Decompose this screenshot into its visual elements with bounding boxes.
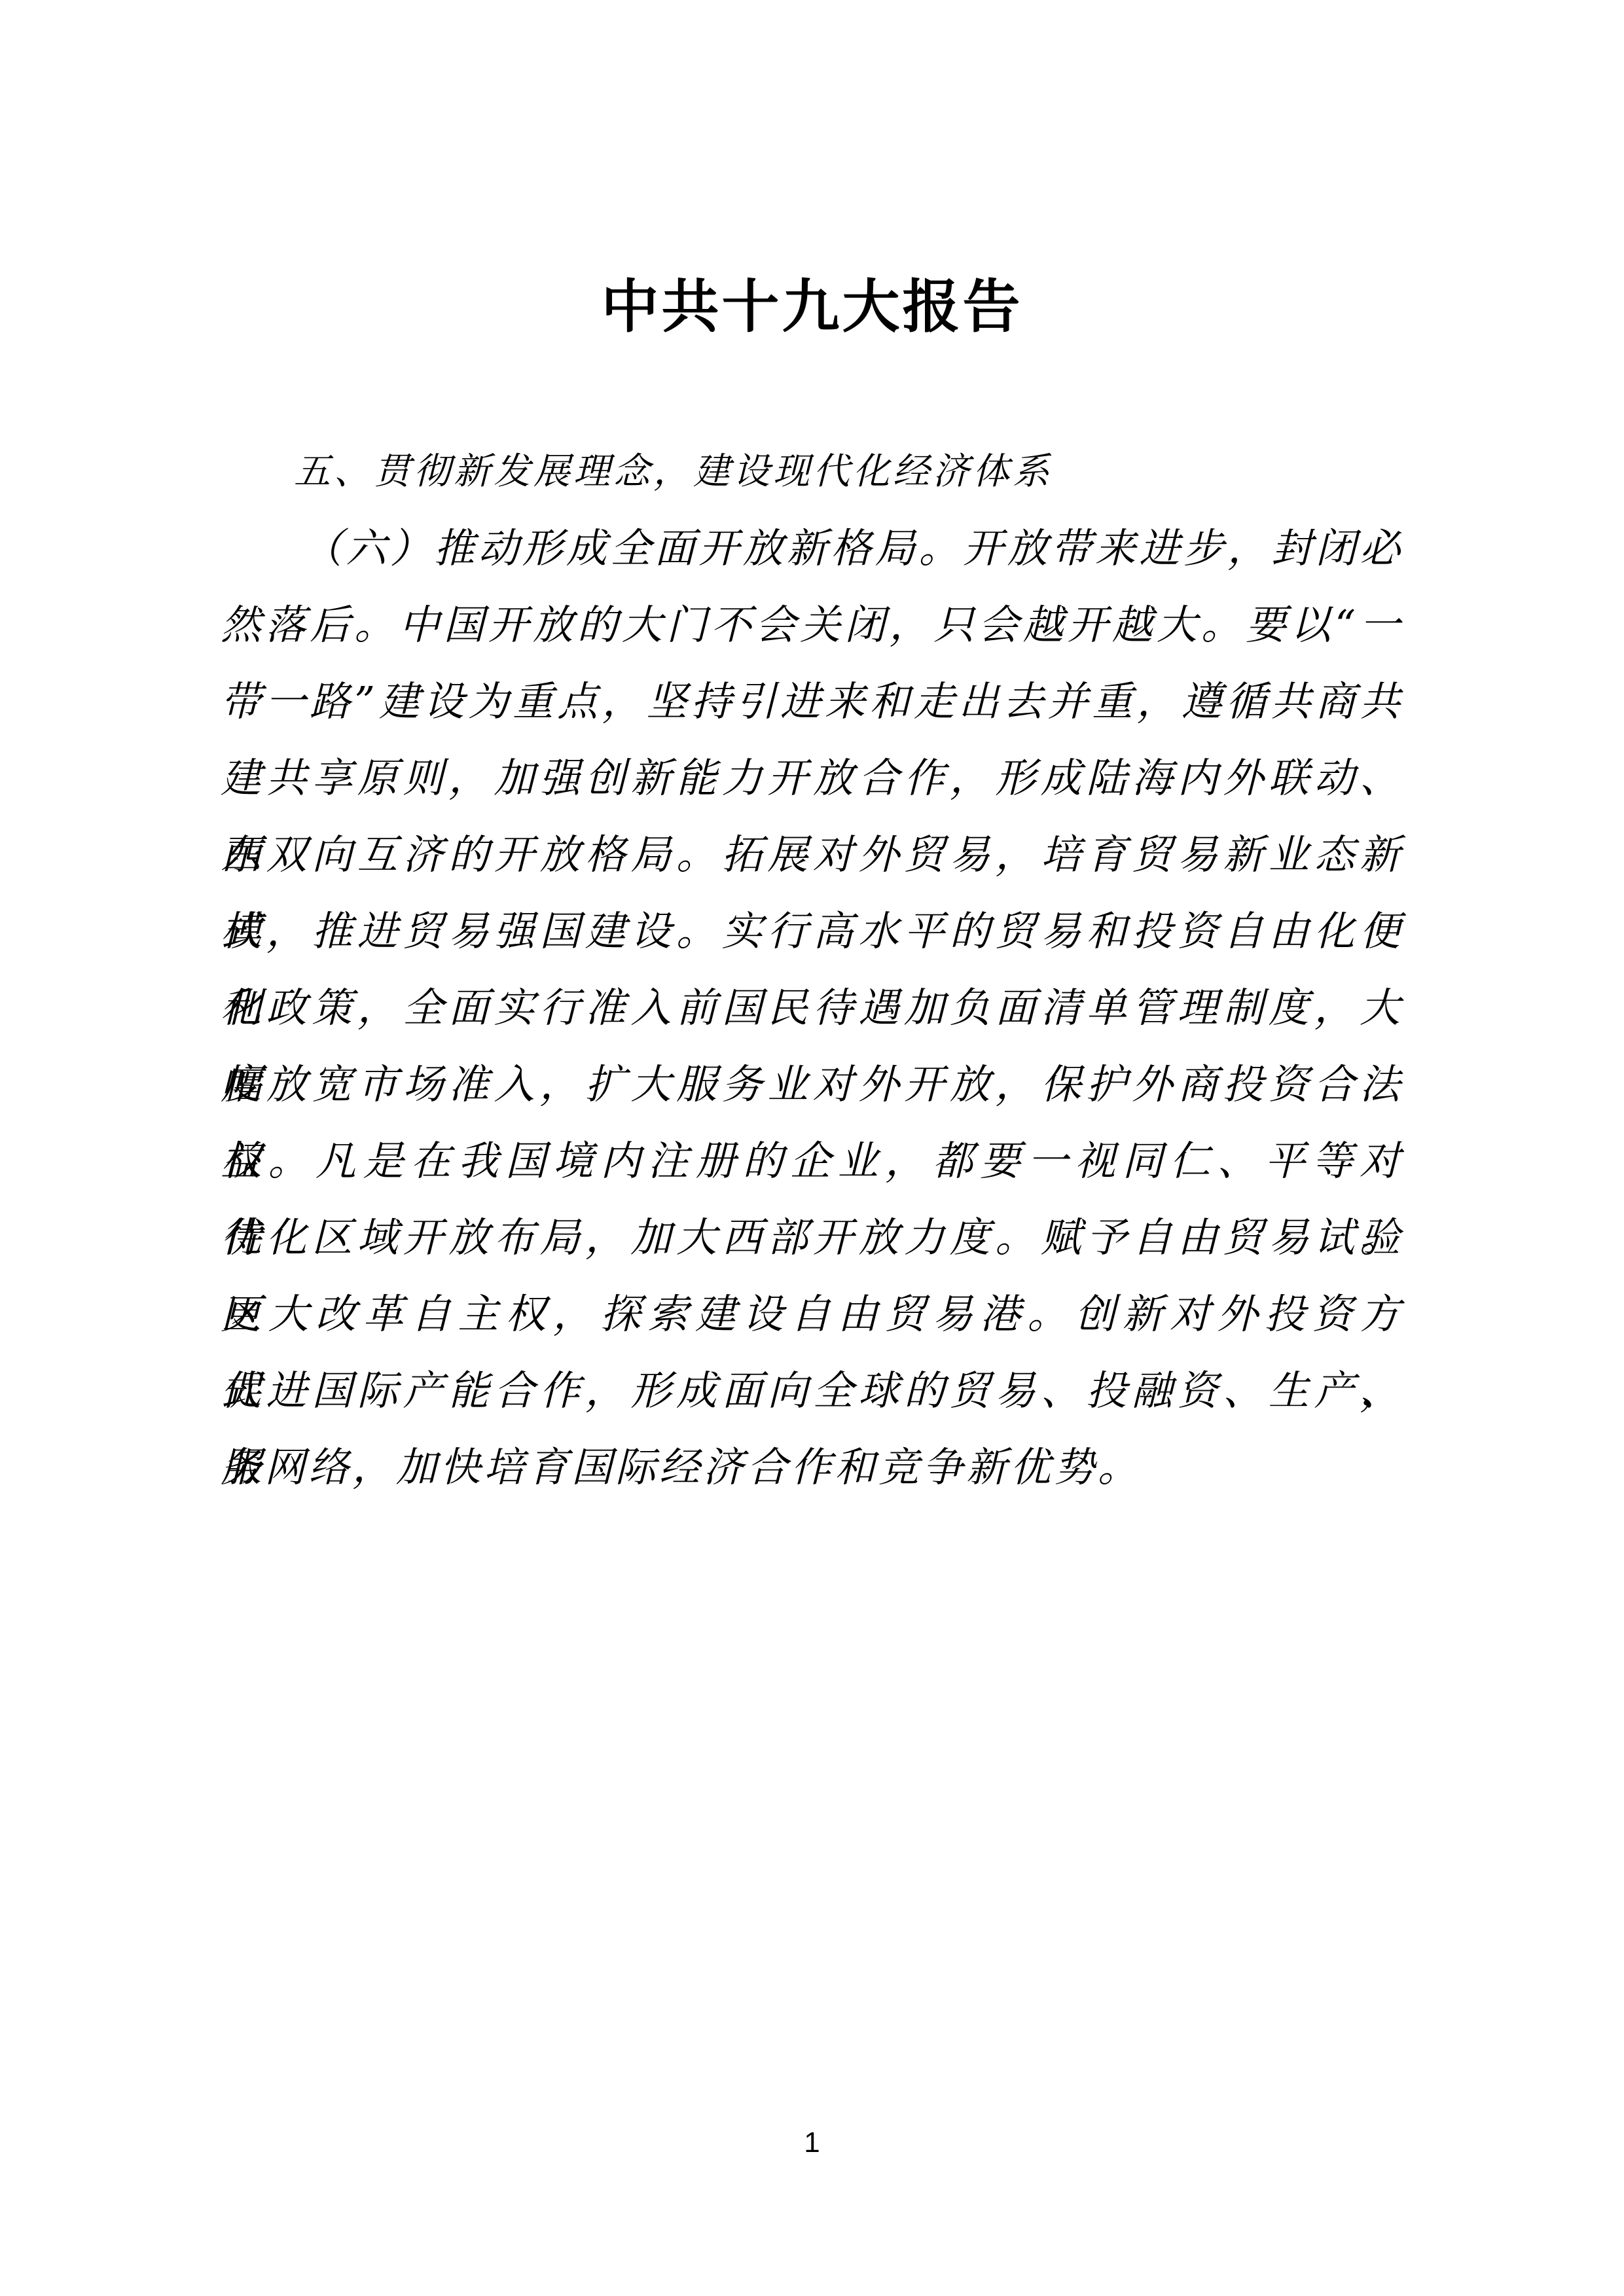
paragraph-line: 优化区域开放布局，加大西部开放力度。赋予自由贸易试验区	[221, 1199, 1403, 1276]
paragraph-line: （六）推动形成全面开放新格局。开放带来进步，封闭必	[221, 510, 1403, 586]
document-body: 五、贯彻新发展理念，建设现代化经济体系 （六）推动形成全面开放新格局。开放带来进…	[221, 433, 1403, 1505]
document-title: 中共十九大报告	[0, 274, 1624, 343]
paragraph-line: 带一路”建设为重点，坚持引进来和走出去并重，遵循共商共	[221, 663, 1403, 740]
page-number: 1	[0, 2126, 1624, 2161]
paragraph-line: 度放宽市场准入，扩大服务业对外开放，保护外商投资合法权	[221, 1046, 1403, 1122]
paragraph-line: 益。凡是在我国境内注册的企业，都要一视同仁、平等对待。	[221, 1122, 1403, 1199]
paragraph-line: 建共享原则，加强创新能力开放合作，形成陆海内外联动、东	[221, 740, 1403, 816]
paragraph-line: 务网络，加快培育国际经济合作和竞争新优势。	[221, 1429, 1403, 1505]
paragraph-line: 式，推进贸易强国建设。实行高水平的贸易和投资自由化便利	[221, 893, 1403, 969]
document-page: 中共十九大报告 五、贯彻新发展理念，建设现代化经济体系 （六）推动形成全面开放新…	[0, 0, 1624, 2296]
paragraph-line: 更大改革自主权，探索建设自由贸易港。创新对外投资方式，	[221, 1276, 1403, 1352]
paragraph-line: 西双向互济的开放格局。拓展对外贸易，培育贸易新业态新模	[221, 816, 1403, 893]
paragraph-line: 促进国际产能合作，形成面向全球的贸易、投融资、生产、服	[221, 1352, 1403, 1429]
paragraph-line: 然落后。中国开放的大门不会关闭，只会越开越大。要以“一	[221, 586, 1403, 663]
paragraph-line: 化政策，全面实行准入前国民待遇加负面清单管理制度，大幅	[221, 969, 1403, 1046]
section-heading: 五、贯彻新发展理念，建设现代化经济体系	[221, 433, 1403, 510]
